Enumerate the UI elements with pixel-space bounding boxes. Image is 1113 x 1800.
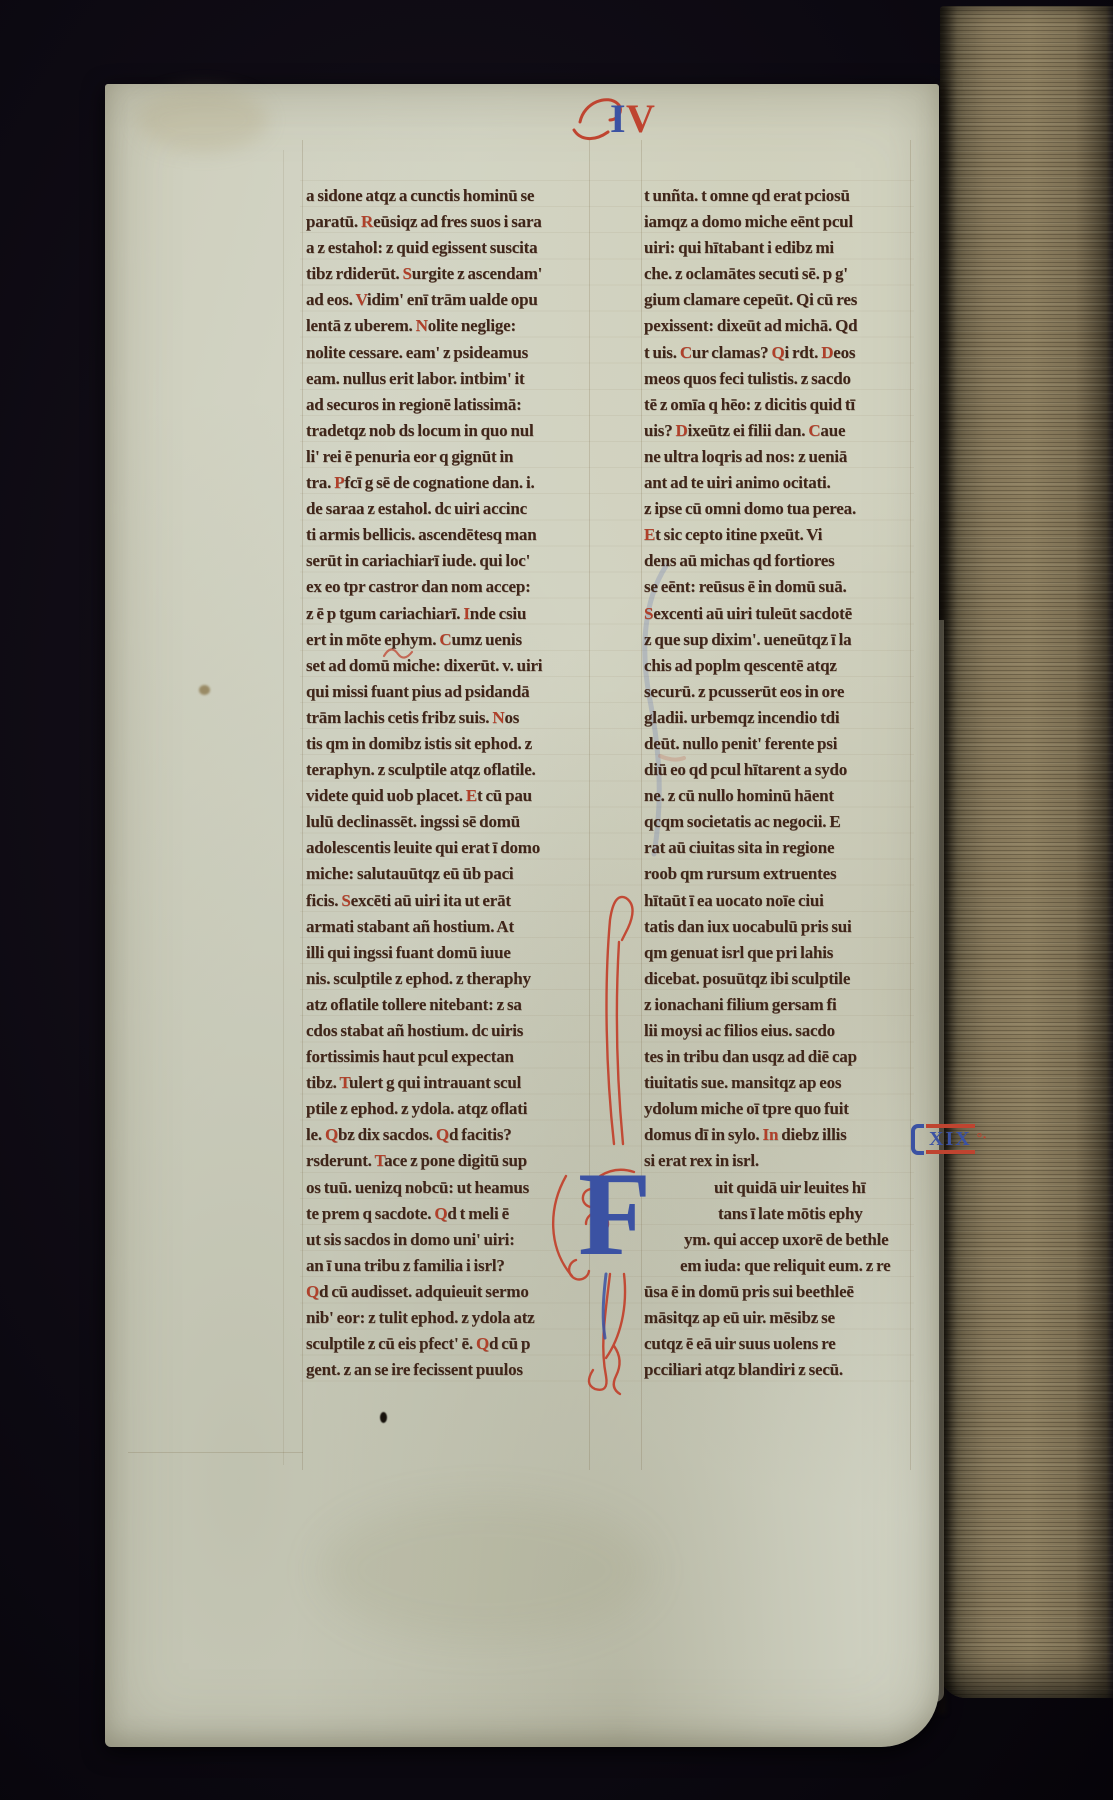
text-line: pcciliari atqz blandiri z secū.: [644, 1357, 912, 1383]
book-fore-edge: [940, 6, 1113, 1698]
text-line: uis? Dixeūtz ei filii dan. Caue: [644, 418, 912, 444]
text-line: z que sup dixim'. ueneūtqz ī la: [644, 627, 912, 653]
text-line: teraphyn. z sculptile atqz oflatile.: [306, 757, 592, 783]
text-line: nib' eor: z tulit ephod. z ydola atz: [306, 1305, 592, 1331]
text-line: nis. sculptile z ephod. z theraphy: [306, 966, 592, 992]
text-line: chis ad poplm qescentē atqz: [644, 653, 912, 679]
text-line: tans ī late mōtis ephy: [644, 1201, 912, 1227]
text-line: lulū declinassēt. ingssi sē domū: [306, 809, 592, 835]
text-line: ex eo tpr castror dan nom accep:: [306, 574, 592, 600]
text-line: tatis dan iux uocabulū pris sui: [644, 914, 912, 940]
running-title: I V: [570, 86, 680, 146]
text-line: paratū. Reūsiqz ad fres suos i sara: [306, 209, 592, 235]
text-line: qcqm societatis ac negocii. E: [644, 809, 912, 835]
text-line: dens aū michas qd fortiores: [644, 548, 912, 574]
text-line: uit quidā uir leuites hī: [644, 1175, 912, 1201]
text-line: tē z omīa q hēo: z dicitis quid tī: [644, 392, 912, 418]
chapter-number: XIX: [926, 1124, 975, 1154]
text-line: Et sic cepto itine pxeūt. Vi: [644, 522, 912, 548]
text-line: z ē p tgum cariachiarī. Inde csiu: [306, 601, 592, 627]
manuscript-photo: { "manuscript": { "description": "Mediev…: [0, 0, 1113, 1800]
text-line: securū. z pcusserūt eos in ore: [644, 679, 912, 705]
text-line: ym. qui accep uxorē de bethle: [644, 1227, 912, 1253]
text-column-right: t unñta. t omne qd erat pciosūiamqz a do…: [644, 183, 912, 1383]
text-line: roob qm rursum extruentes: [644, 861, 912, 887]
chapter-number-suffix: °·: [977, 1132, 987, 1146]
text-line: Sexcenti aū uiri tuleūt sacdotē: [644, 601, 912, 627]
chapter-number-badge: XIX °·: [911, 1123, 987, 1155]
text-line: māsitqz ap eū uir. mēsibz se: [644, 1305, 912, 1331]
text-line: le. Qbz dix sacdos. Qd facitis?: [306, 1122, 592, 1148]
text-line: li' rei ē penuria eor q gignūt in: [306, 444, 592, 470]
text-line: os tuū. uenizq nobcū: ut heamus: [306, 1175, 592, 1201]
text-line: ne. z cū nullo hominū hāent: [644, 783, 912, 809]
text-line: rsderunt. Tace z pone digitū sup: [306, 1148, 592, 1174]
text-line: z ionachani filium gersam fi: [644, 992, 912, 1018]
text-line: deūt. nullo penit' ferente psi: [644, 731, 912, 757]
ruling-line-vertical: [283, 150, 284, 1465]
text-line: illi qui ingssi fuant domū iuue: [306, 940, 592, 966]
text-line: eam. nullus erit labor. intbim' it: [306, 366, 592, 392]
text-line: lentā z uberem. Nolite neglige:: [306, 313, 592, 339]
text-column-left: a sidone atqz a cunctis hominū separatū.…: [306, 183, 592, 1383]
text-line: serūt in cariachiarī iude. qui loc': [306, 548, 592, 574]
text-line: ut sis sacdos in domo uni' uiri:: [306, 1227, 592, 1253]
text-line: si erat rex in isrl.: [644, 1148, 912, 1174]
text-line: armati stabant añ hostium. At: [306, 914, 592, 940]
text-line: domus dī in sylo. In diebz illis: [644, 1122, 912, 1148]
text-line: iamqz a domo miche eēnt pcul: [644, 209, 912, 235]
text-line: sculptile z cū eis pfect' ē. Qd cū p: [306, 1331, 592, 1357]
text-line: t unñta. t omne qd erat pciosū: [644, 183, 912, 209]
ruling-line-horizontal: [128, 1452, 303, 1453]
text-line: fortissimis haut pcul expectan: [306, 1044, 592, 1070]
text-line: em iuda: que reliquit eum. z re: [644, 1253, 912, 1279]
text-line: ti armis bellicis. ascendētesq man: [306, 522, 592, 548]
text-line: ptile z ephod. z ydola. atqz oflati: [306, 1096, 592, 1122]
text-line: ert in mōte ephym. Cumz uenis: [306, 627, 592, 653]
text-line: meos quos feci tulistis. z sacdo: [644, 366, 912, 392]
text-line: che. z oclamātes secuti sē. p g': [644, 261, 912, 287]
text-line: tradetqz nob ds locum in quo nul: [306, 418, 592, 444]
text-line: trām lachis cetis fribz suis. Nos: [306, 705, 592, 731]
text-line: videte quid uob placet. Et cū pau: [306, 783, 592, 809]
text-line: t uis. Cur clamas? Qi rdt. Deos: [644, 340, 912, 366]
text-line: pexissent: dixeūt ad michā. Qd: [644, 313, 912, 339]
text-line: set ad domū miche: dixerūt. v. uiri: [306, 653, 592, 679]
text-line: atz oflatile tollere nitebant: z sa: [306, 992, 592, 1018]
text-line: tiuitatis sue. mansitqz ap eos: [644, 1070, 912, 1096]
text-line: dicebat. posuūtqz ibi sculptile: [644, 966, 912, 992]
text-line: de saraa z estahol. dc uiri accinc: [306, 496, 592, 522]
text-line: tibz. Tulert g qui intrauant scul: [306, 1070, 592, 1096]
text-line: ficis. Sexcēti aū uiri ita ut erāt: [306, 888, 592, 914]
text-line: adolescentis leuite qui erat ī domo: [306, 835, 592, 861]
text-line: ūsa ē in domū pris sui beethleē: [644, 1279, 912, 1305]
text-line: ad eos. Vidim' enī trām ualde opu: [306, 287, 592, 313]
text-line: qui missi fuant pius ad psidandā: [306, 679, 592, 705]
text-line: qm genuat isrl que pri lahis: [644, 940, 912, 966]
text-line: diū eo qd pcul hītarent a sydo: [644, 757, 912, 783]
text-line: gent. z an se ire fecissent puulos: [306, 1357, 592, 1383]
paraph-bracket-icon: [911, 1124, 924, 1155]
text-line: uiri: qui hītabant i edibz mi: [644, 235, 912, 261]
text-line: ad securos in regionē latissimā:: [306, 392, 592, 418]
text-line: tra. Pfcī g sē de cognatione dan. i.: [306, 470, 592, 496]
text-line: z ipse cū omni domo tua perea.: [644, 496, 912, 522]
text-line: Qd cū audisset. adquieuit sermo: [306, 1279, 592, 1305]
text-line: te prem q sacdote. Qd t meli ē: [306, 1201, 592, 1227]
text-line: miche: salutauūtqz eū ūb paci: [306, 861, 592, 887]
text-line: tibz rdiderūt. Surgite z ascendam': [306, 261, 592, 287]
text-line: hītaūt ī ea uocato noīe ciui: [644, 888, 912, 914]
text-line: se eēnt: reūsus ē in domū suā.: [644, 574, 912, 600]
text-line: gladii. urbemqz incendio tdi: [644, 705, 912, 731]
text-line: a sidone atqz a cunctis hominū se: [306, 183, 592, 209]
text-line: an ī una tribu z familia i isrl?: [306, 1253, 592, 1279]
running-title-numeral-blue: I: [610, 96, 626, 141]
text-line: tes in tribu dan usqz ad diē cap: [644, 1044, 912, 1070]
text-line: gium clamare cepeūt. Qi cū res: [644, 287, 912, 313]
text-line: cdos stabat añ hostium. dc uiris: [306, 1018, 592, 1044]
text-line: ant ad te uiri animo ocitati.: [644, 470, 912, 496]
text-line: lii moysi ac filios eius. sacdo: [644, 1018, 912, 1044]
text-line: ne ultra loqris ad nos: z ueniā: [644, 444, 912, 470]
text-line: tis qm in domibz istis sit ephod. z: [306, 731, 592, 757]
text-line: a z estahol: z quid egissent suscita: [306, 235, 592, 261]
text-line: rat aū ciuitas sita in regione: [644, 835, 912, 861]
text-line: ydolum miche oī tpre quo fuit: [644, 1096, 912, 1122]
text-line: nolite cessare. eam' z psideamus: [306, 340, 592, 366]
text-line: cutqz ē eā uir suus uolens re: [644, 1331, 912, 1357]
running-title-numeral-red: V: [626, 96, 655, 141]
